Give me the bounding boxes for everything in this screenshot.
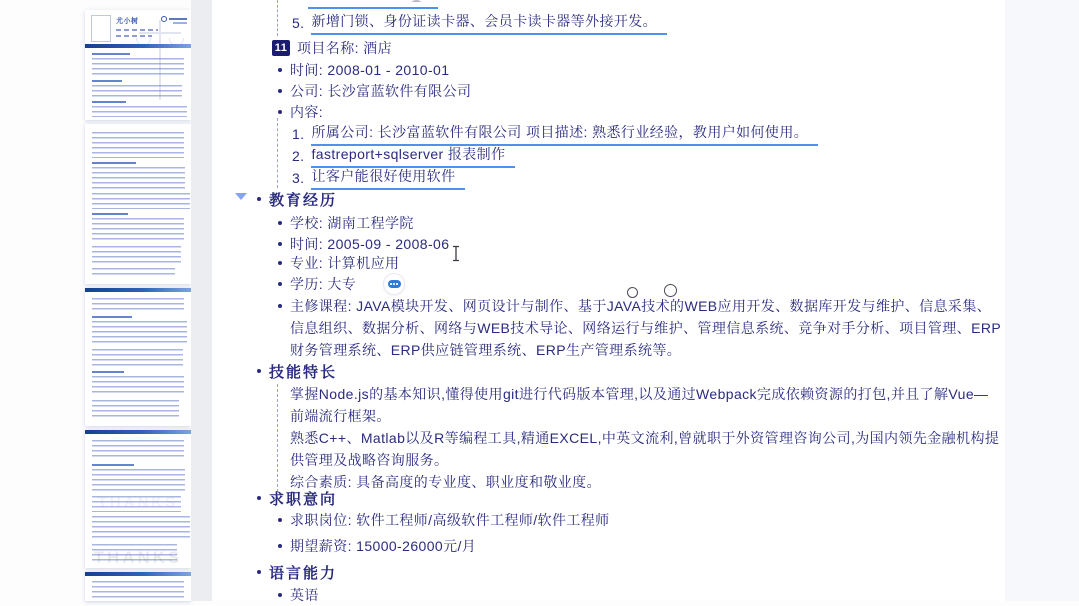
thumb-text [92, 246, 181, 264]
item-number: 2. [292, 148, 304, 164]
block-dash-guide [277, 0, 278, 36]
skill-item-paragraph[interactable]: 综合素质: 具备高度的专业度、职业度和敬业度。 [290, 471, 1002, 493]
thumbnail-sidebar: 尤小树 TH [85, 0, 191, 601]
project-content-label-line[interactable]: 内容: [278, 101, 323, 123]
bullet-dot [278, 593, 282, 597]
thumb-text [92, 85, 182, 97]
job-salary-line[interactable]: 期望薪资: 15000-26000元/月 [278, 535, 476, 557]
page-thumbnail-1[interactable]: 尤小树 [85, 10, 191, 120]
bullet-dot [278, 282, 282, 286]
page-background-gutter [1005, 0, 1079, 601]
collapse-triangle-icon[interactable] [235, 193, 247, 200]
field-text: 学历: 大专 [290, 274, 356, 294]
thumb-section-bar [85, 44, 191, 48]
comment-bubble-icon[interactable] [384, 274, 404, 294]
thumb-text [92, 316, 132, 318]
field-text: 求职岗位: 软件工程师/高级软件工程师/软件工程师 [290, 510, 610, 530]
bullet-dot [278, 518, 282, 522]
page-thumbnail-3[interactable] [85, 288, 191, 426]
block-dash-guide [277, 384, 278, 492]
field-text: 英语 [290, 585, 319, 601]
item-number: 3. [292, 170, 304, 186]
heading-text: 教育经历 [269, 189, 337, 210]
thumb-text [92, 162, 136, 164]
content-item-line[interactable]: 3. 让客户能很好使用软件 [292, 167, 465, 189]
field-text: 期望薪资: 15000-26000元/月 [290, 536, 476, 556]
thumb-text [92, 496, 181, 512]
bullet-dot [257, 570, 261, 574]
bullet-dot [278, 221, 282, 225]
item-text-underlined: 所属公司: 长沙富蓝软件有限公司 项目描述: 熟悉行业经验，教用户如何使用。 [311, 122, 818, 146]
document-canvas: 5. 新增门锁、身份证读卡器、会员卡读卡器等外接开发。 11 项目名称: 酒店 … [212, 0, 1005, 601]
thumb-logo-line [169, 18, 187, 20]
text-cursor-icon [451, 245, 461, 262]
thumb-text [92, 516, 190, 540]
field-text: 时间: 2008-01 - 2010-01 [290, 60, 449, 80]
page-thumbnail-2[interactable] [85, 124, 191, 284]
thumb-section-bar [85, 572, 191, 576]
item-text-underlined: 新增门锁、身份证读卡器、会员卡读卡器等外接开发。 [311, 11, 667, 35]
content-item-line[interactable]: 2. fastreport+sqlserver 报表制作 [292, 145, 515, 167]
field-text: 时间: 2005-09 - 2008-06 [290, 234, 449, 254]
education-courses-paragraph[interactable]: 主修课程: JAVA模块开发、网页设计与制作、基于JAVA技术的WEB应用开发、… [290, 295, 1002, 361]
thumb-logo-icon [161, 16, 167, 22]
field-text: 公司: 长沙富蓝软件有限公司 [290, 81, 471, 101]
project-company-line[interactable]: 公司: 长沙富蓝软件有限公司 [278, 80, 471, 102]
cutoff-text-fragment [412, 0, 421, 4]
thumb-text [92, 469, 185, 491]
bullet-dot [278, 261, 282, 265]
thumb-text [92, 213, 128, 215]
thumb-text [92, 581, 184, 599]
bullet-dot [278, 544, 282, 548]
thumb-text [92, 440, 184, 460]
bullet-dot [257, 197, 261, 201]
thumb-text [92, 321, 187, 345]
job-position-line[interactable]: 求职岗位: 软件工程师/高级软件工程师/软件工程师 [278, 509, 610, 531]
education-school-line[interactable]: 学校: 湖南工程学院 [278, 212, 414, 234]
content-item-line[interactable]: 1. 所属公司: 长沙富蓝软件有限公司 项目描述: 熟悉行业经验，教用户如何使用… [292, 123, 818, 145]
thumb-text [92, 268, 175, 278]
item-number: 1. [292, 126, 304, 142]
heading-text: 技能特长 [269, 361, 337, 382]
project-time-line[interactable]: 时间: 2008-01 - 2010-01 [278, 59, 449, 81]
field-text: 内容: [290, 102, 323, 122]
education-major-line[interactable]: 专业: 计算机应用 [278, 252, 399, 274]
bullet-dot [257, 369, 261, 373]
circle-artifact [627, 287, 638, 298]
project-number-badge: 11 [272, 40, 290, 56]
bullet-dot [257, 496, 261, 500]
section-heading-language[interactable]: 语言能力 [257, 561, 337, 583]
circle-artifact [664, 284, 677, 297]
bullet-dot [278, 242, 282, 246]
thumb-text [92, 132, 184, 158]
thumb-text [92, 218, 184, 242]
thumb-text [92, 193, 190, 209]
section-heading-education[interactable]: 教育经历 [257, 188, 337, 210]
bullet-dot [278, 110, 282, 114]
thumb-section-bar [85, 430, 191, 434]
thumb-text [92, 464, 134, 466]
thumb-text [92, 544, 177, 564]
thumb-section-bar [85, 288, 191, 292]
bullet-dot [278, 89, 282, 93]
thumb-text [92, 376, 184, 396]
heading-text: 求职意向 [269, 488, 337, 509]
skill-item-paragraph[interactable]: 熟悉C++、Matlab以及R等编程工具,精通EXCEL,中英文流利,曾就职于外… [290, 427, 1002, 471]
panel-divider [191, 0, 212, 601]
thumb-info-line [116, 35, 152, 37]
bullet-dot [278, 68, 282, 72]
language-item-line[interactable]: 英语 [278, 584, 319, 601]
thumb-resume-name: 尤小树 [116, 16, 139, 26]
thumb-text [92, 58, 184, 76]
thumb-info-line [116, 29, 158, 31]
skill-item-paragraph[interactable]: 掌握Node.js的基本知识,懂得使用git进行代码版本管理,以及通过Webpa… [290, 383, 1002, 427]
thumb-text [92, 53, 130, 55]
thumb-text [92, 371, 124, 373]
field-text: 学校: 湖南工程学院 [290, 213, 414, 233]
project-title-text: 项目名称: 酒店 [297, 38, 392, 58]
bullet-dot [278, 304, 282, 308]
content-item-line[interactable]: 5. 新增门锁、身份证读卡器、会员卡读卡器等外接开发。 [292, 12, 667, 34]
thumb-text [92, 106, 187, 117]
thumb-logo-line [173, 22, 187, 24]
thumb-text [92, 298, 184, 312]
heading-text: 语言能力 [269, 562, 337, 583]
item-text-underlined: 让客户能很好使用软件 [311, 166, 465, 190]
section-heading-job-intention[interactable]: 求职意向 [257, 487, 337, 509]
block-dash-guide [277, 118, 278, 188]
thumb-text [92, 167, 185, 189]
item-number: 5. [292, 15, 304, 31]
page-thumbnail-5[interactable] [85, 572, 191, 601]
thumb-text [92, 80, 122, 82]
thumb-text [92, 101, 126, 103]
thumb-photo-placeholder [91, 15, 111, 42]
thumb-text [92, 400, 179, 418]
project-title-line[interactable]: 11 项目名称: 酒店 [272, 37, 392, 59]
page-thumbnail-4[interactable]: THANKS THANKS [85, 430, 191, 568]
education-degree-line[interactable]: 学历: 大专 [278, 273, 356, 295]
field-text: 专业: 计算机应用 [290, 253, 399, 273]
cutoff-underline-fragment [308, 7, 438, 9]
thumb-text [92, 349, 183, 367]
section-heading-skills[interactable]: 技能特长 [257, 360, 337, 382]
item-text-underlined: fastreport+sqlserver 报表制作 [311, 144, 515, 168]
